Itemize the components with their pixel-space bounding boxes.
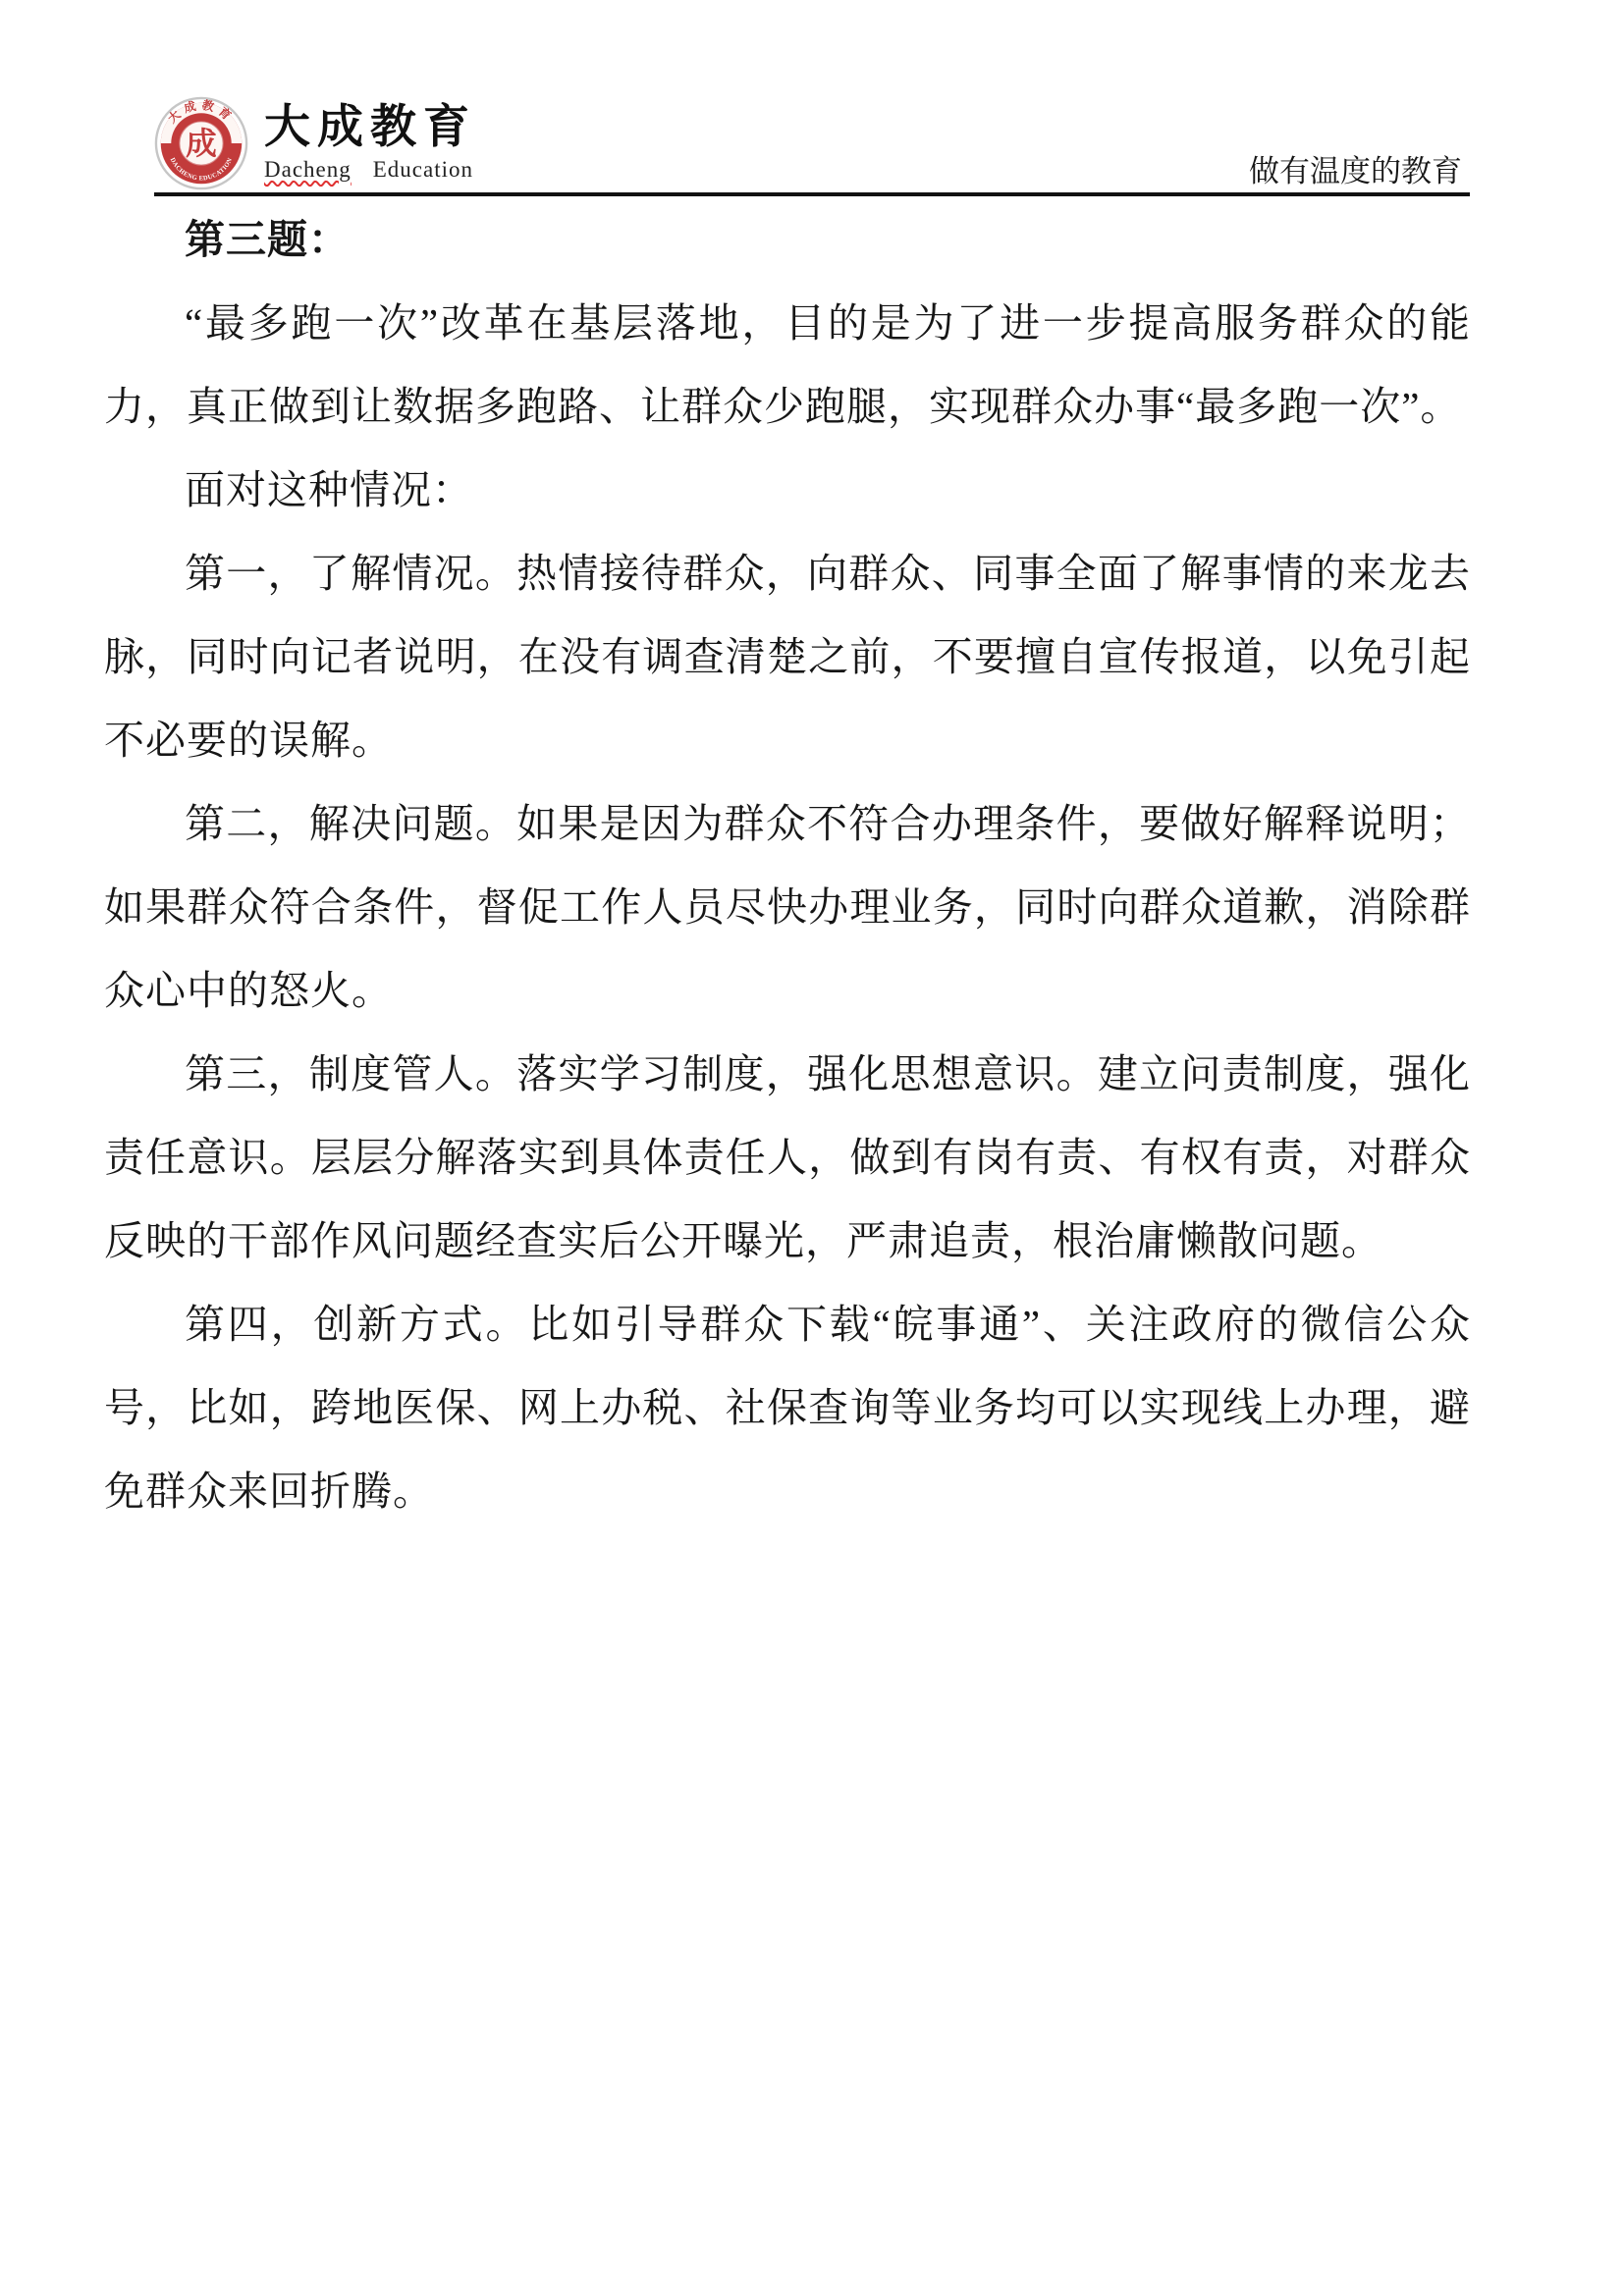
page-header: 大成教育 DACHENG EDUCATION 成 大成教育 DachengEdu… [154,96,1470,190]
paragraph-situation: 面对这种情况： [104,449,1471,532]
dacheng-seal-logo-icon: 大成教育 DACHENG EDUCATION 成 [154,96,248,190]
question-title: 第三题： [104,198,1471,282]
header-tagline: 做有温度的教育 [1249,156,1462,187]
seal-center-char: 成 [186,127,217,161]
brand-text-block: 大成教育 DachengEducation [264,105,476,183]
paragraph-point-4: 第四，创新方式。比如引导群众下载“皖事通”、关注政府的微信公众号，比如，跨地医保… [104,1283,1471,1533]
paragraph-point-3: 第三，制度管人。落实学习制度，强化思想意识。建立问责制度，强化责任意识。层层分解… [104,1033,1471,1283]
paragraph-point-2: 第二，解决问题。如果是因为群众不符合办理条件，要做好解释说明；如果群众符合条件，… [104,782,1471,1033]
brand-name-cn: 大成教育 [264,105,476,151]
paragraph-intro: “最多跑一次”改革在基层落地，目的是为了进一步提高服务群众的能力，真正做到让数据… [104,282,1471,449]
paragraph-point-1: 第一，了解情况。热情接待群众，向群众、同事全面了解事情的来龙去脉，同时向记者说明… [104,532,1471,782]
document-body: 第三题： “最多跑一次”改革在基层落地，目的是为了进一步提高服务群众的能力，真正… [104,198,1471,1533]
brand-name-en: DachengEducation [264,158,476,181]
brand-en-word-education: Education [373,157,473,182]
header-divider [154,192,1470,196]
brand-en-word-dacheng: Dacheng [264,157,352,182]
document-page: 大成教育 DACHENG EDUCATION 成 大成教育 DachengEdu… [0,0,1624,2296]
brand-block: 大成教育 DACHENG EDUCATION 成 大成教育 DachengEdu… [154,96,476,190]
